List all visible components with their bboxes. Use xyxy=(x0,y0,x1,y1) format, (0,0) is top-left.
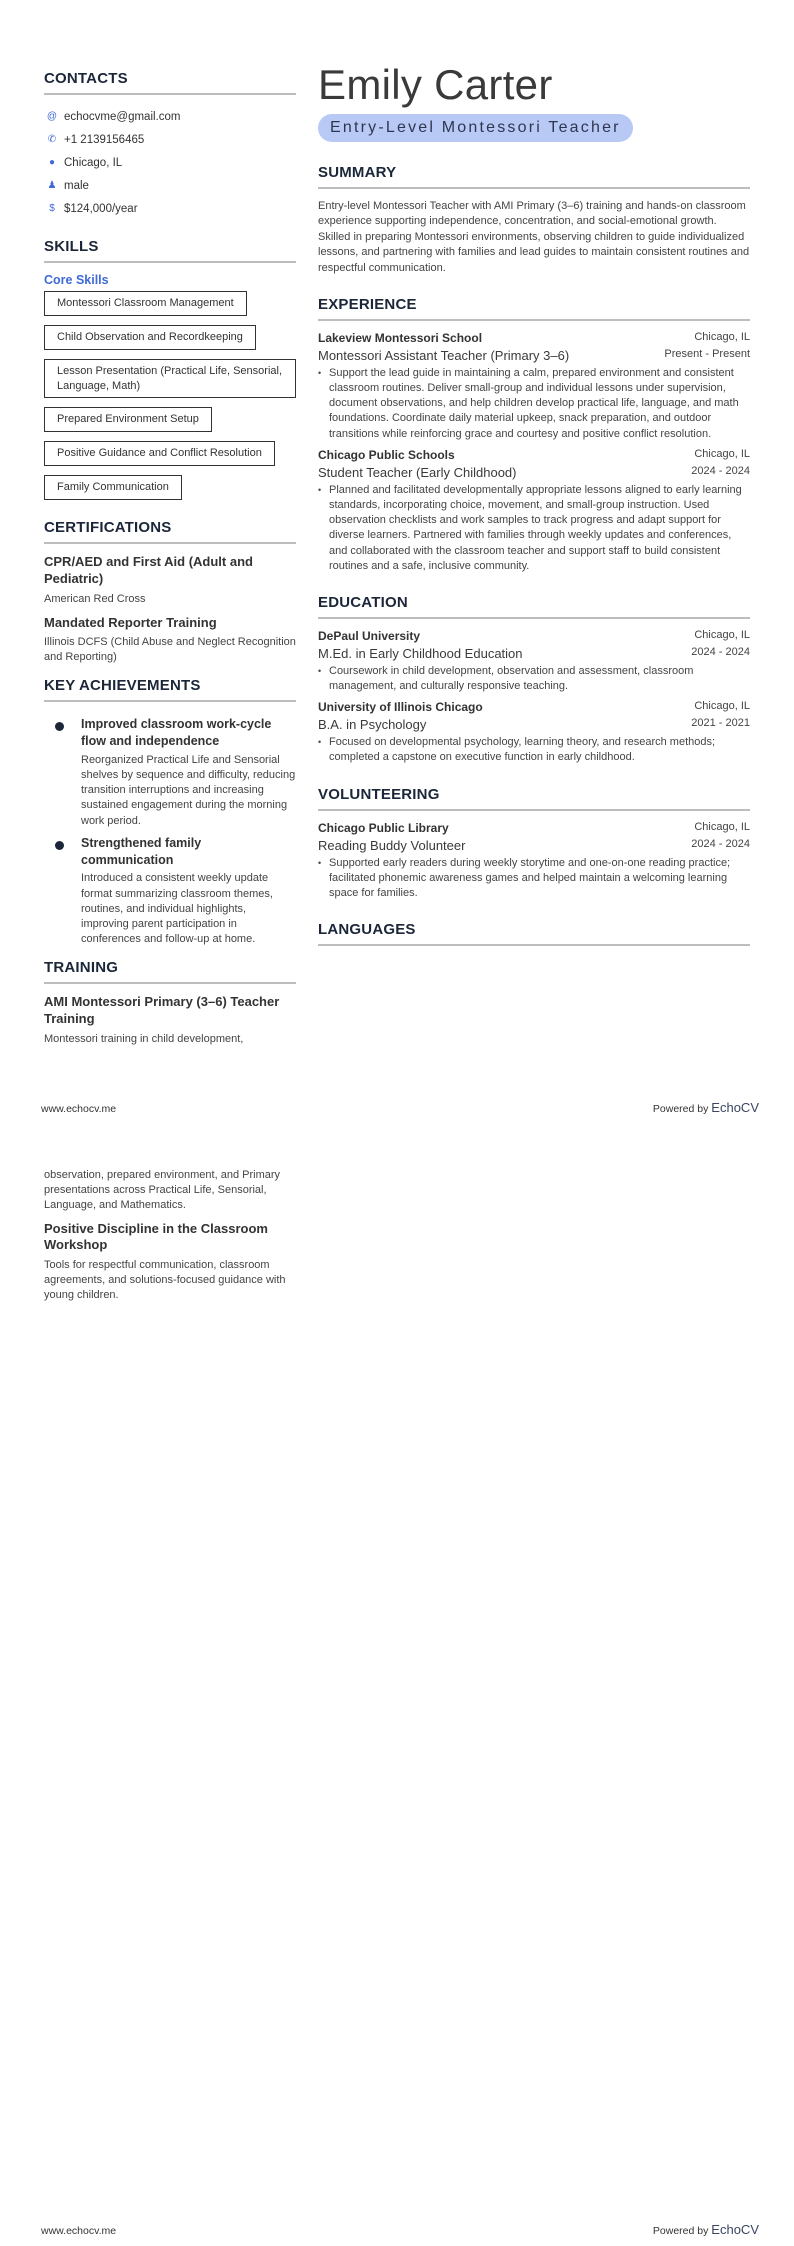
entry-bullet: •Coursework in child development, observ… xyxy=(318,664,750,694)
entry-dates: Present - Present xyxy=(664,348,750,363)
contacts-section: CONTACTS @echocvme@gmail.com✆+1 21391564… xyxy=(44,70,296,220)
education-list: DePaul UniversityChicago, ILM.Ed. in Ear… xyxy=(318,629,750,766)
bullet-text: Supported early readers during weekly st… xyxy=(329,856,750,902)
certifications-list: CPR/AED and First Aid (Adult and Pediatr… xyxy=(44,554,296,665)
achievements-list: Improved classroom work-cycle flow and i… xyxy=(44,716,296,947)
section-title-certifications: CERTIFICATIONS xyxy=(44,519,296,544)
section-title-contacts: CONTACTS xyxy=(44,70,296,95)
skill-tag: Family Communication xyxy=(44,475,182,500)
entry-bullet: •Planned and facilitated developmentally… xyxy=(318,483,750,574)
education-entry: University of Illinois ChicagoChicago, I… xyxy=(318,700,750,765)
entry-role: B.A. in Psychology xyxy=(318,717,426,732)
entry-role: Student Teacher (Early Childhood) xyxy=(318,465,517,480)
experience-entry: Chicago Public SchoolsChicago, ILStudent… xyxy=(318,448,750,574)
contact-value: $124,000/year xyxy=(64,203,138,215)
certification-name: CPR/AED and First Aid (Adult and Pediatr… xyxy=(44,554,296,588)
entry-location: Chicago, IL xyxy=(694,448,750,462)
achievement-item: Improved classroom work-cycle flow and i… xyxy=(44,716,296,829)
contact-item: $$124,000/year xyxy=(44,197,296,220)
entry-header: University of Illinois ChicagoChicago, I… xyxy=(318,700,750,714)
organization-name: University of Illinois Chicago xyxy=(318,700,483,714)
contact-item: ✆+1 2139156465 xyxy=(44,128,296,151)
section-title-summary: SUMMARY xyxy=(318,164,750,189)
job-title-badge: Entry-Level Montessori Teacher xyxy=(318,114,633,142)
organization-name: Chicago Public Schools xyxy=(318,448,455,462)
training-name: Positive Discipline in the Classroom Wor… xyxy=(44,1221,296,1255)
experience-list: Lakeview Montessori SchoolChicago, ILMon… xyxy=(318,331,750,574)
certification-issuer: Illinois DCFS (Child Abuse and Neglect R… xyxy=(44,635,296,665)
bullet-icon: • xyxy=(318,483,329,574)
skills-subheading: Core Skills xyxy=(44,273,296,287)
entry-dates: 2021 - 2021 xyxy=(691,717,750,732)
contact-value: male xyxy=(64,180,89,192)
entry-bullet: •Focused on developmental psychology, le… xyxy=(318,735,750,765)
entry-location: Chicago, IL xyxy=(694,821,750,835)
section-title-education: EDUCATION xyxy=(318,594,750,619)
entry-location: Chicago, IL xyxy=(694,700,750,714)
volunteering-entry: Chicago Public LibraryChicago, ILReading… xyxy=(318,821,750,902)
bullet-icon xyxy=(55,722,64,731)
organization-name: Lakeview Montessori School xyxy=(318,331,482,345)
achievement-description: Introduced a consistent weekly update fo… xyxy=(81,871,296,947)
volunteering-section: VOLUNTEERING Chicago Public LibraryChica… xyxy=(318,786,750,902)
entry-location: Chicago, IL xyxy=(694,629,750,643)
powered-by-label: Powered by xyxy=(653,1103,708,1115)
entry-header: Chicago Public SchoolsChicago, IL xyxy=(318,448,750,462)
section-title-achievements: KEY ACHIEVEMENTS xyxy=(44,677,296,702)
achievement-title: Improved classroom work-cycle flow and i… xyxy=(81,716,296,750)
entry-role: Reading Buddy Volunteer xyxy=(318,838,465,853)
entry-header: DePaul UniversityChicago, IL xyxy=(318,629,750,643)
entry-subheader: Student Teacher (Early Childhood)2024 - … xyxy=(318,465,750,480)
summary-text: Entry-level Montessori Teacher with AMI … xyxy=(318,199,750,276)
bullet-icon: • xyxy=(318,366,329,442)
footer-website[interactable]: www.echocv.me xyxy=(41,2225,116,2237)
contacts-list: @echocvme@gmail.com✆+1 2139156465●Chicag… xyxy=(44,105,296,220)
training-section: TRAINING AMI Montessori Primary (3–6) Te… xyxy=(44,959,296,1047)
skill-tag: Positive Guidance and Conflict Resolutio… xyxy=(44,441,275,466)
person-icon: ♟ xyxy=(46,180,58,192)
bullet-icon: • xyxy=(318,856,329,902)
location-pin-icon: ● xyxy=(46,157,58,169)
contact-value: Chicago, IL xyxy=(64,157,122,169)
entry-subheader: Reading Buddy Volunteer2024 - 2024 xyxy=(318,838,750,853)
organization-name: Chicago Public Library xyxy=(318,821,449,835)
brand-name[interactable]: EchoCV xyxy=(711,2222,759,2237)
entry-subheader: Montessori Assistant Teacher (Primary 3–… xyxy=(318,348,750,363)
contact-value[interactable]: echocvme@gmail.com xyxy=(64,111,181,123)
entry-role: M.Ed. in Early Childhood Education xyxy=(318,646,523,661)
entry-subheader: B.A. in Psychology2021 - 2021 xyxy=(318,717,750,732)
skill-tag: Child Observation and Recordkeeping xyxy=(44,325,256,350)
contact-value[interactable]: +1 2139156465 xyxy=(64,134,144,146)
entry-header: Lakeview Montessori SchoolChicago, IL xyxy=(318,331,750,345)
entry-dates: 2024 - 2024 xyxy=(691,838,750,853)
left-column: CONTACTS @echocvme@gmail.com✆+1 21391564… xyxy=(44,70,296,1055)
entry-dates: 2024 - 2024 xyxy=(691,646,750,661)
education-entry: DePaul UniversityChicago, ILM.Ed. in Ear… xyxy=(318,629,750,694)
education-section: EDUCATION DePaul UniversityChicago, ILM.… xyxy=(318,594,750,766)
training-description: Montessori training in child development… xyxy=(44,1032,296,1047)
training-description-continued: observation, prepared environment, and P… xyxy=(44,1168,296,1213)
achievement-description: Reorganized Practical Life and Sensorial… xyxy=(81,753,296,829)
certifications-section: CERTIFICATIONS CPR/AED and First Aid (Ad… xyxy=(44,519,296,665)
section-title-experience: EXPERIENCE xyxy=(318,296,750,321)
phone-icon: ✆ xyxy=(46,134,58,146)
summary-section: SUMMARY Entry-level Montessori Teacher w… xyxy=(318,164,750,276)
powered-by-label: Powered by xyxy=(653,2225,708,2237)
achievements-section: KEY ACHIEVEMENTS Improved classroom work… xyxy=(44,677,296,947)
bullet-icon xyxy=(55,841,64,850)
candidate-name: Emily Carter xyxy=(318,64,750,106)
experience-section: EXPERIENCE Lakeview Montessori SchoolChi… xyxy=(318,296,750,574)
certification-name: Mandated Reporter Training xyxy=(44,615,296,632)
entry-bullet: •Supported early readers during weekly s… xyxy=(318,856,750,902)
entry-header: Chicago Public LibraryChicago, IL xyxy=(318,821,750,835)
section-title-training: TRAINING xyxy=(44,959,296,984)
bullet-text: Coursework in child development, observa… xyxy=(329,664,750,694)
achievement-title: Strengthened family communication xyxy=(81,835,296,869)
languages-section: LANGUAGES EnglishNativeSpanishIntermedia… xyxy=(318,921,750,966)
right-column: Emily Carter Entry-Level Montessori Teac… xyxy=(318,62,750,966)
skill-tag: Montessori Classroom Management xyxy=(44,291,247,316)
skill-tag: Lesson Presentation (Practical Life, Sen… xyxy=(44,359,296,399)
achievement-item: Strengthened family communicationIntrodu… xyxy=(44,835,296,948)
footer-powered-by: Powered by EchoCV xyxy=(653,1100,759,1115)
dollar-coin-icon: $ xyxy=(46,203,58,215)
footer-powered-by: Powered by EchoCV xyxy=(653,2222,759,2237)
left-column-continued: observation, prepared environment, and P… xyxy=(44,1168,296,1311)
experience-entry: Lakeview Montessori SchoolChicago, ILMon… xyxy=(318,331,750,442)
entry-role: Montessori Assistant Teacher (Primary 3–… xyxy=(318,348,569,363)
at-sign-icon: @ xyxy=(46,111,58,123)
contact-item: @echocvme@gmail.com xyxy=(44,105,296,128)
entry-subheader: M.Ed. in Early Childhood Education2024 -… xyxy=(318,646,750,661)
resume-page-1: CONTACTS @echocvme@gmail.com✆+1 21391564… xyxy=(0,0,794,1123)
entry-bullet: •Support the lead guide in maintaining a… xyxy=(318,366,750,442)
entry-location: Chicago, IL xyxy=(694,331,750,345)
certification-issuer: American Red Cross xyxy=(44,592,296,607)
skill-tag: Prepared Environment Setup xyxy=(44,407,212,432)
brand-name[interactable]: EchoCV xyxy=(711,1100,759,1115)
organization-name: DePaul University xyxy=(318,629,420,643)
bullet-icon: • xyxy=(318,664,329,694)
contact-item: ●Chicago, IL xyxy=(44,151,296,174)
skills-list: Montessori Classroom ManagementChild Obs… xyxy=(44,291,296,509)
section-title-languages: LANGUAGES xyxy=(318,921,750,946)
contact-item: ♟male xyxy=(44,174,296,197)
skills-section: SKILLS Core Skills Montessori Classroom … xyxy=(44,238,296,509)
training-name: AMI Montessori Primary (3–6) Teacher Tra… xyxy=(44,994,296,1028)
bullet-text: Focused on developmental psychology, lea… xyxy=(329,735,750,765)
section-title-volunteering: VOLUNTEERING xyxy=(318,786,750,811)
bullet-text: Support the lead guide in maintaining a … xyxy=(329,366,750,442)
training-description: Tools for respectful communication, clas… xyxy=(44,1258,296,1303)
footer-website[interactable]: www.echocv.me xyxy=(41,1103,116,1115)
bullet-text: Planned and facilitated developmentally … xyxy=(329,483,750,574)
volunteering-list: Chicago Public LibraryChicago, ILReading… xyxy=(318,821,750,902)
entry-dates: 2024 - 2024 xyxy=(691,465,750,480)
section-title-skills: SKILLS xyxy=(44,238,296,263)
resume-page-2: observation, prepared environment, and P… xyxy=(0,1123,794,2246)
bullet-icon: • xyxy=(318,735,329,765)
